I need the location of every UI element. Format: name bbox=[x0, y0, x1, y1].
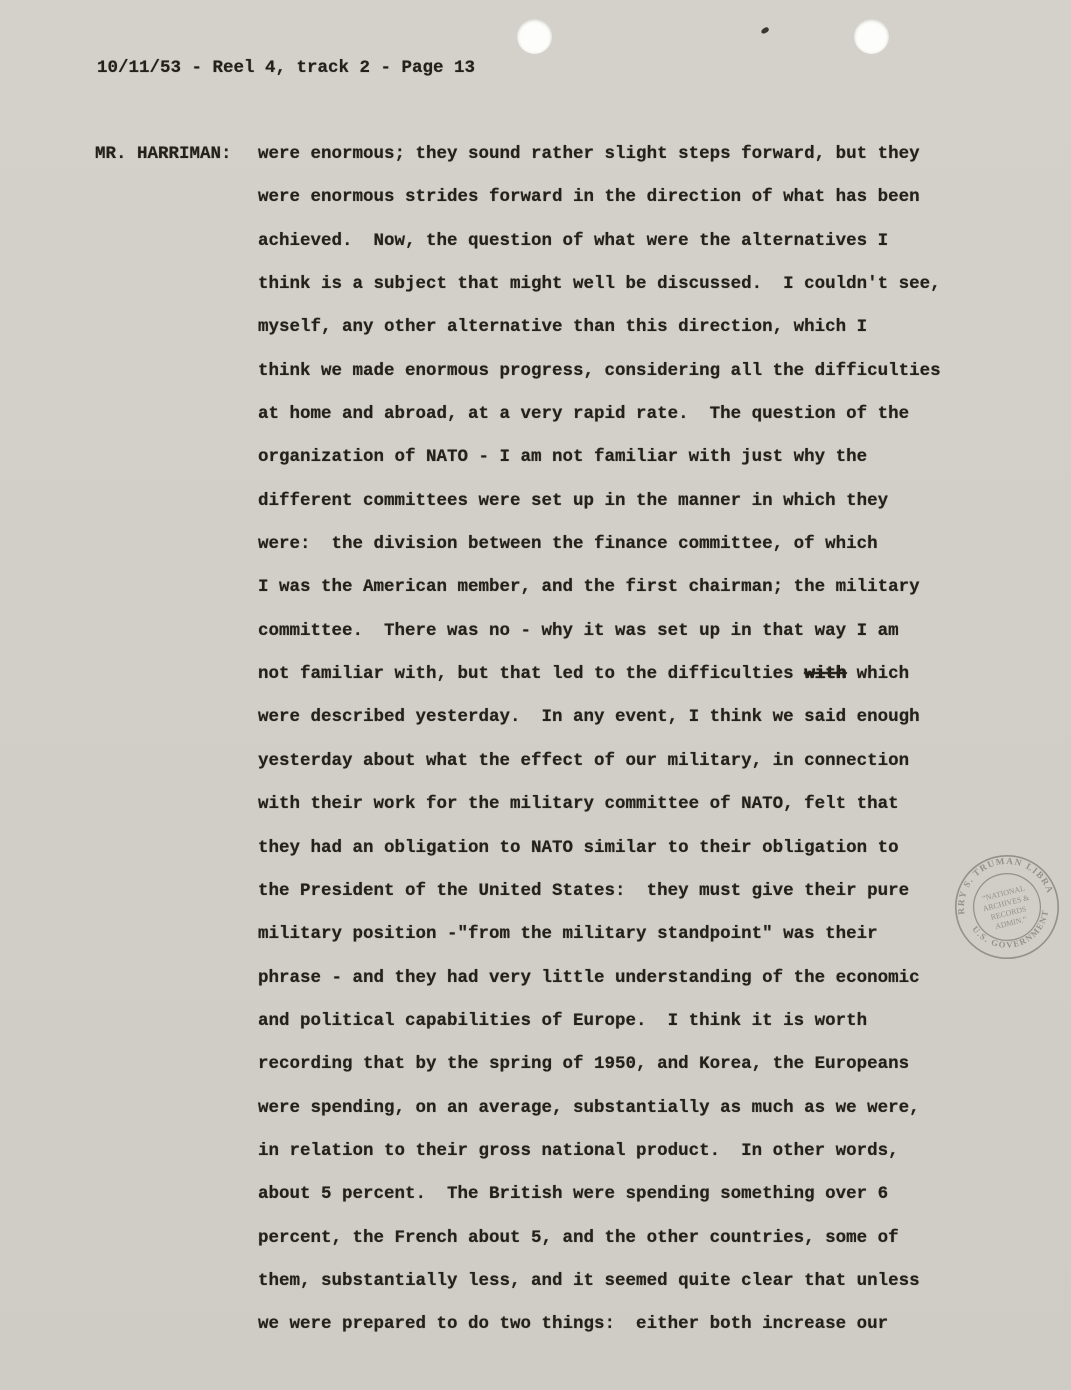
transcript-line: we were prepared to do two things: eithe… bbox=[258, 1303, 941, 1346]
transcript-line: them, substantially less, and it seemed … bbox=[258, 1260, 941, 1303]
transcript-line: were enormous strides forward in the dir… bbox=[258, 176, 941, 219]
transcript-line: committee. There was no - why it was set… bbox=[258, 610, 941, 653]
transcript-line: the President of the United States: they… bbox=[258, 870, 941, 913]
transcript-line: were spending, on an average, substantia… bbox=[258, 1087, 941, 1130]
transcript-line: were: the division between the finance c… bbox=[258, 523, 941, 566]
transcript-body: were enormous; they sound rather slight … bbox=[258, 133, 941, 1347]
transcript-line: military position -"from the military st… bbox=[258, 913, 941, 956]
transcript-line: yesterday about what the effect of our m… bbox=[258, 740, 941, 783]
punch-hole-right bbox=[854, 19, 889, 54]
transcript-line: myself, any other alternative than this … bbox=[258, 306, 941, 349]
transcript-page: 10/11/53 - Reel 4, track 2 - Page 13 MR.… bbox=[0, 0, 1071, 1390]
transcript-line: and political capabilities of Europe. I … bbox=[258, 1000, 941, 1043]
transcript-line: at home and abroad, at a very rapid rate… bbox=[258, 393, 941, 436]
ink-speck bbox=[760, 26, 769, 34]
transcript-line: organization of NATO - I am not familiar… bbox=[258, 436, 941, 479]
line-text: which bbox=[846, 664, 909, 684]
truman-library-stamp: HARRY S. TRUMAN LIBRARY U.S. GOVERNMENT … bbox=[937, 837, 1071, 978]
transcript-line: different committees were set up in the … bbox=[258, 480, 941, 523]
struck-word: with bbox=[804, 664, 846, 684]
transcript-line: were described yesterday. In any event, … bbox=[258, 696, 941, 739]
transcript-line: achieved. Now, the question of what were… bbox=[258, 220, 941, 263]
punch-hole-left bbox=[517, 19, 552, 54]
transcript-line: they had an obligation to NATO similar t… bbox=[258, 827, 941, 870]
line-text: not familiar with, but that led to the d… bbox=[258, 664, 804, 684]
transcript-line: think is a subject that might well be di… bbox=[258, 263, 941, 306]
page-header: 10/11/53 - Reel 4, track 2 - Page 13 bbox=[97, 58, 475, 78]
transcript-line: were enormous; they sound rather slight … bbox=[258, 133, 941, 176]
transcript-line: percent, the French about 5, and the oth… bbox=[258, 1217, 941, 1260]
transcript-line: think we made enormous progress, conside… bbox=[258, 350, 941, 393]
transcript-line: I was the American member, and the first… bbox=[258, 566, 941, 609]
transcript-line: phrase - and they had very little unders… bbox=[258, 957, 941, 1000]
transcript-line: in relation to their gross national prod… bbox=[258, 1130, 941, 1173]
transcript-line: with their work for the military committ… bbox=[258, 783, 941, 826]
transcript-line: about 5 percent. The British were spendi… bbox=[258, 1173, 941, 1216]
transcript-line: recording that by the spring of 1950, an… bbox=[258, 1043, 941, 1086]
speaker-label: MR. HARRIMAN: bbox=[95, 133, 232, 176]
transcript-line-with-strikeout: not familiar with, but that led to the d… bbox=[258, 653, 941, 696]
